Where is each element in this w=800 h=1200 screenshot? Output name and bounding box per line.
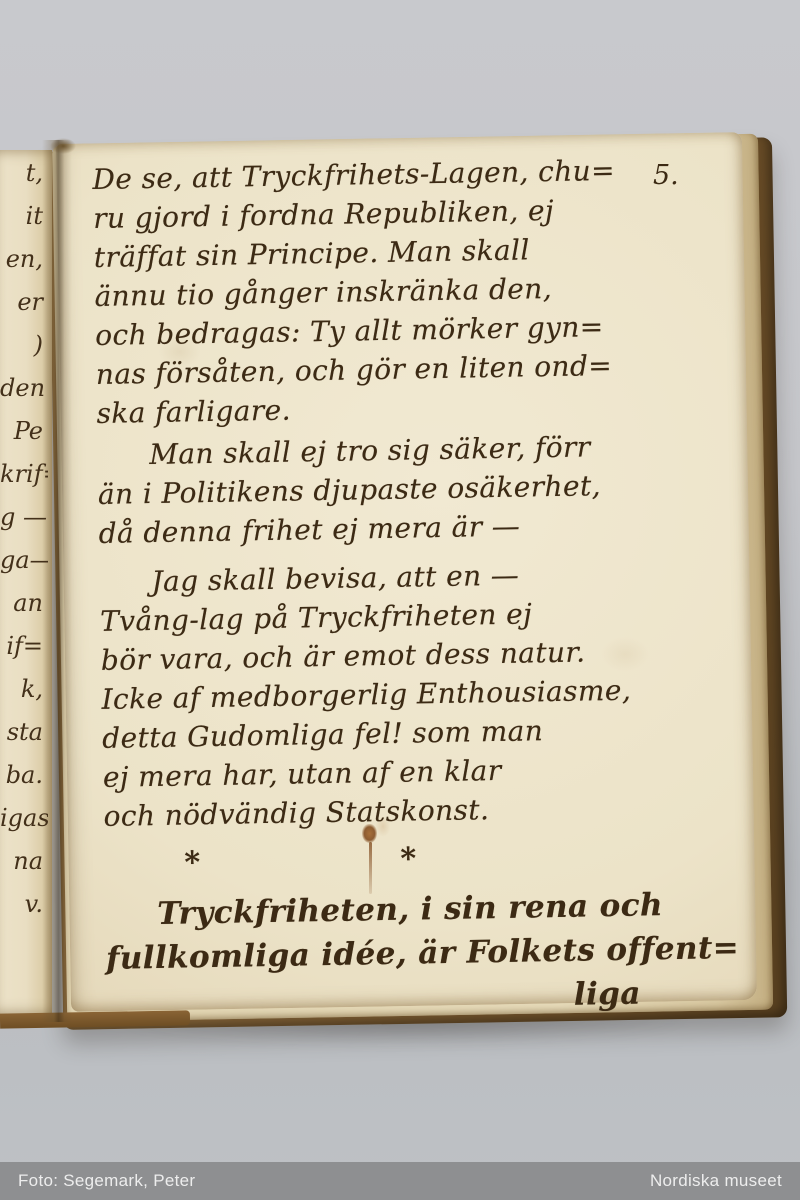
left-page-fragment: krif= xyxy=(0,453,48,496)
photo-credit: Foto: Segemark, Peter xyxy=(18,1171,195,1191)
left-page-fragment: k, xyxy=(0,668,48,711)
asterisk-separator: ** xyxy=(104,828,721,889)
left-page-fragment: it xyxy=(0,195,48,238)
left-page-fragment: an xyxy=(0,582,48,625)
left-page-fragment: ) xyxy=(0,324,48,367)
manuscript-paragraph: Jag skall bevisa, att en —Tvång-lag på T… xyxy=(99,552,720,836)
left-page-fragment: t, xyxy=(0,152,48,195)
gutter-top-notch xyxy=(50,138,76,154)
left-page-fragment: v. xyxy=(0,883,48,926)
left-page-fragment: er xyxy=(0,281,48,324)
manuscript-paragraph: De se, att Tryckfrihets-Lagen, chu=ru gj… xyxy=(92,149,713,433)
left-page-fragment: sta xyxy=(0,711,48,754)
left-page-fragment: en, xyxy=(0,238,48,281)
asterisk: * xyxy=(400,839,417,878)
asterisk: * xyxy=(184,843,201,882)
left-page-fragment: if= xyxy=(0,625,48,668)
left-page-fragment: Pe xyxy=(0,410,48,453)
left-page-fragment: ba. xyxy=(0,754,48,797)
museum-credit: Nordiska museet xyxy=(650,1171,782,1191)
manuscript: De se, att Tryckfrihets-Lagen, chu=ru gj… xyxy=(92,141,723,1028)
left-page-fragment: den xyxy=(0,367,48,410)
left-page-fragment: g — xyxy=(0,496,48,539)
caption-bar: Foto: Segemark, Peter Nordiska museet xyxy=(0,1162,800,1200)
manuscript-paragraph: Tryckfriheten, i sin rena ochfullkomliga… xyxy=(105,882,723,1025)
left-page-fragment: igas xyxy=(0,797,48,840)
museum-photo: t,iten,er)denPekrif=g —ga—anif=k,staba.i… xyxy=(0,0,800,1200)
left-page-text-fragments: t,iten,er)denPekrif=g —ga—anif=k,staba.i… xyxy=(0,152,48,926)
left-page-fragment: ga— xyxy=(0,539,48,582)
manuscript-paragraph: Man skall ej tro sig säker, förrän i Pol… xyxy=(97,425,715,553)
left-page-fragment: na xyxy=(0,840,48,883)
